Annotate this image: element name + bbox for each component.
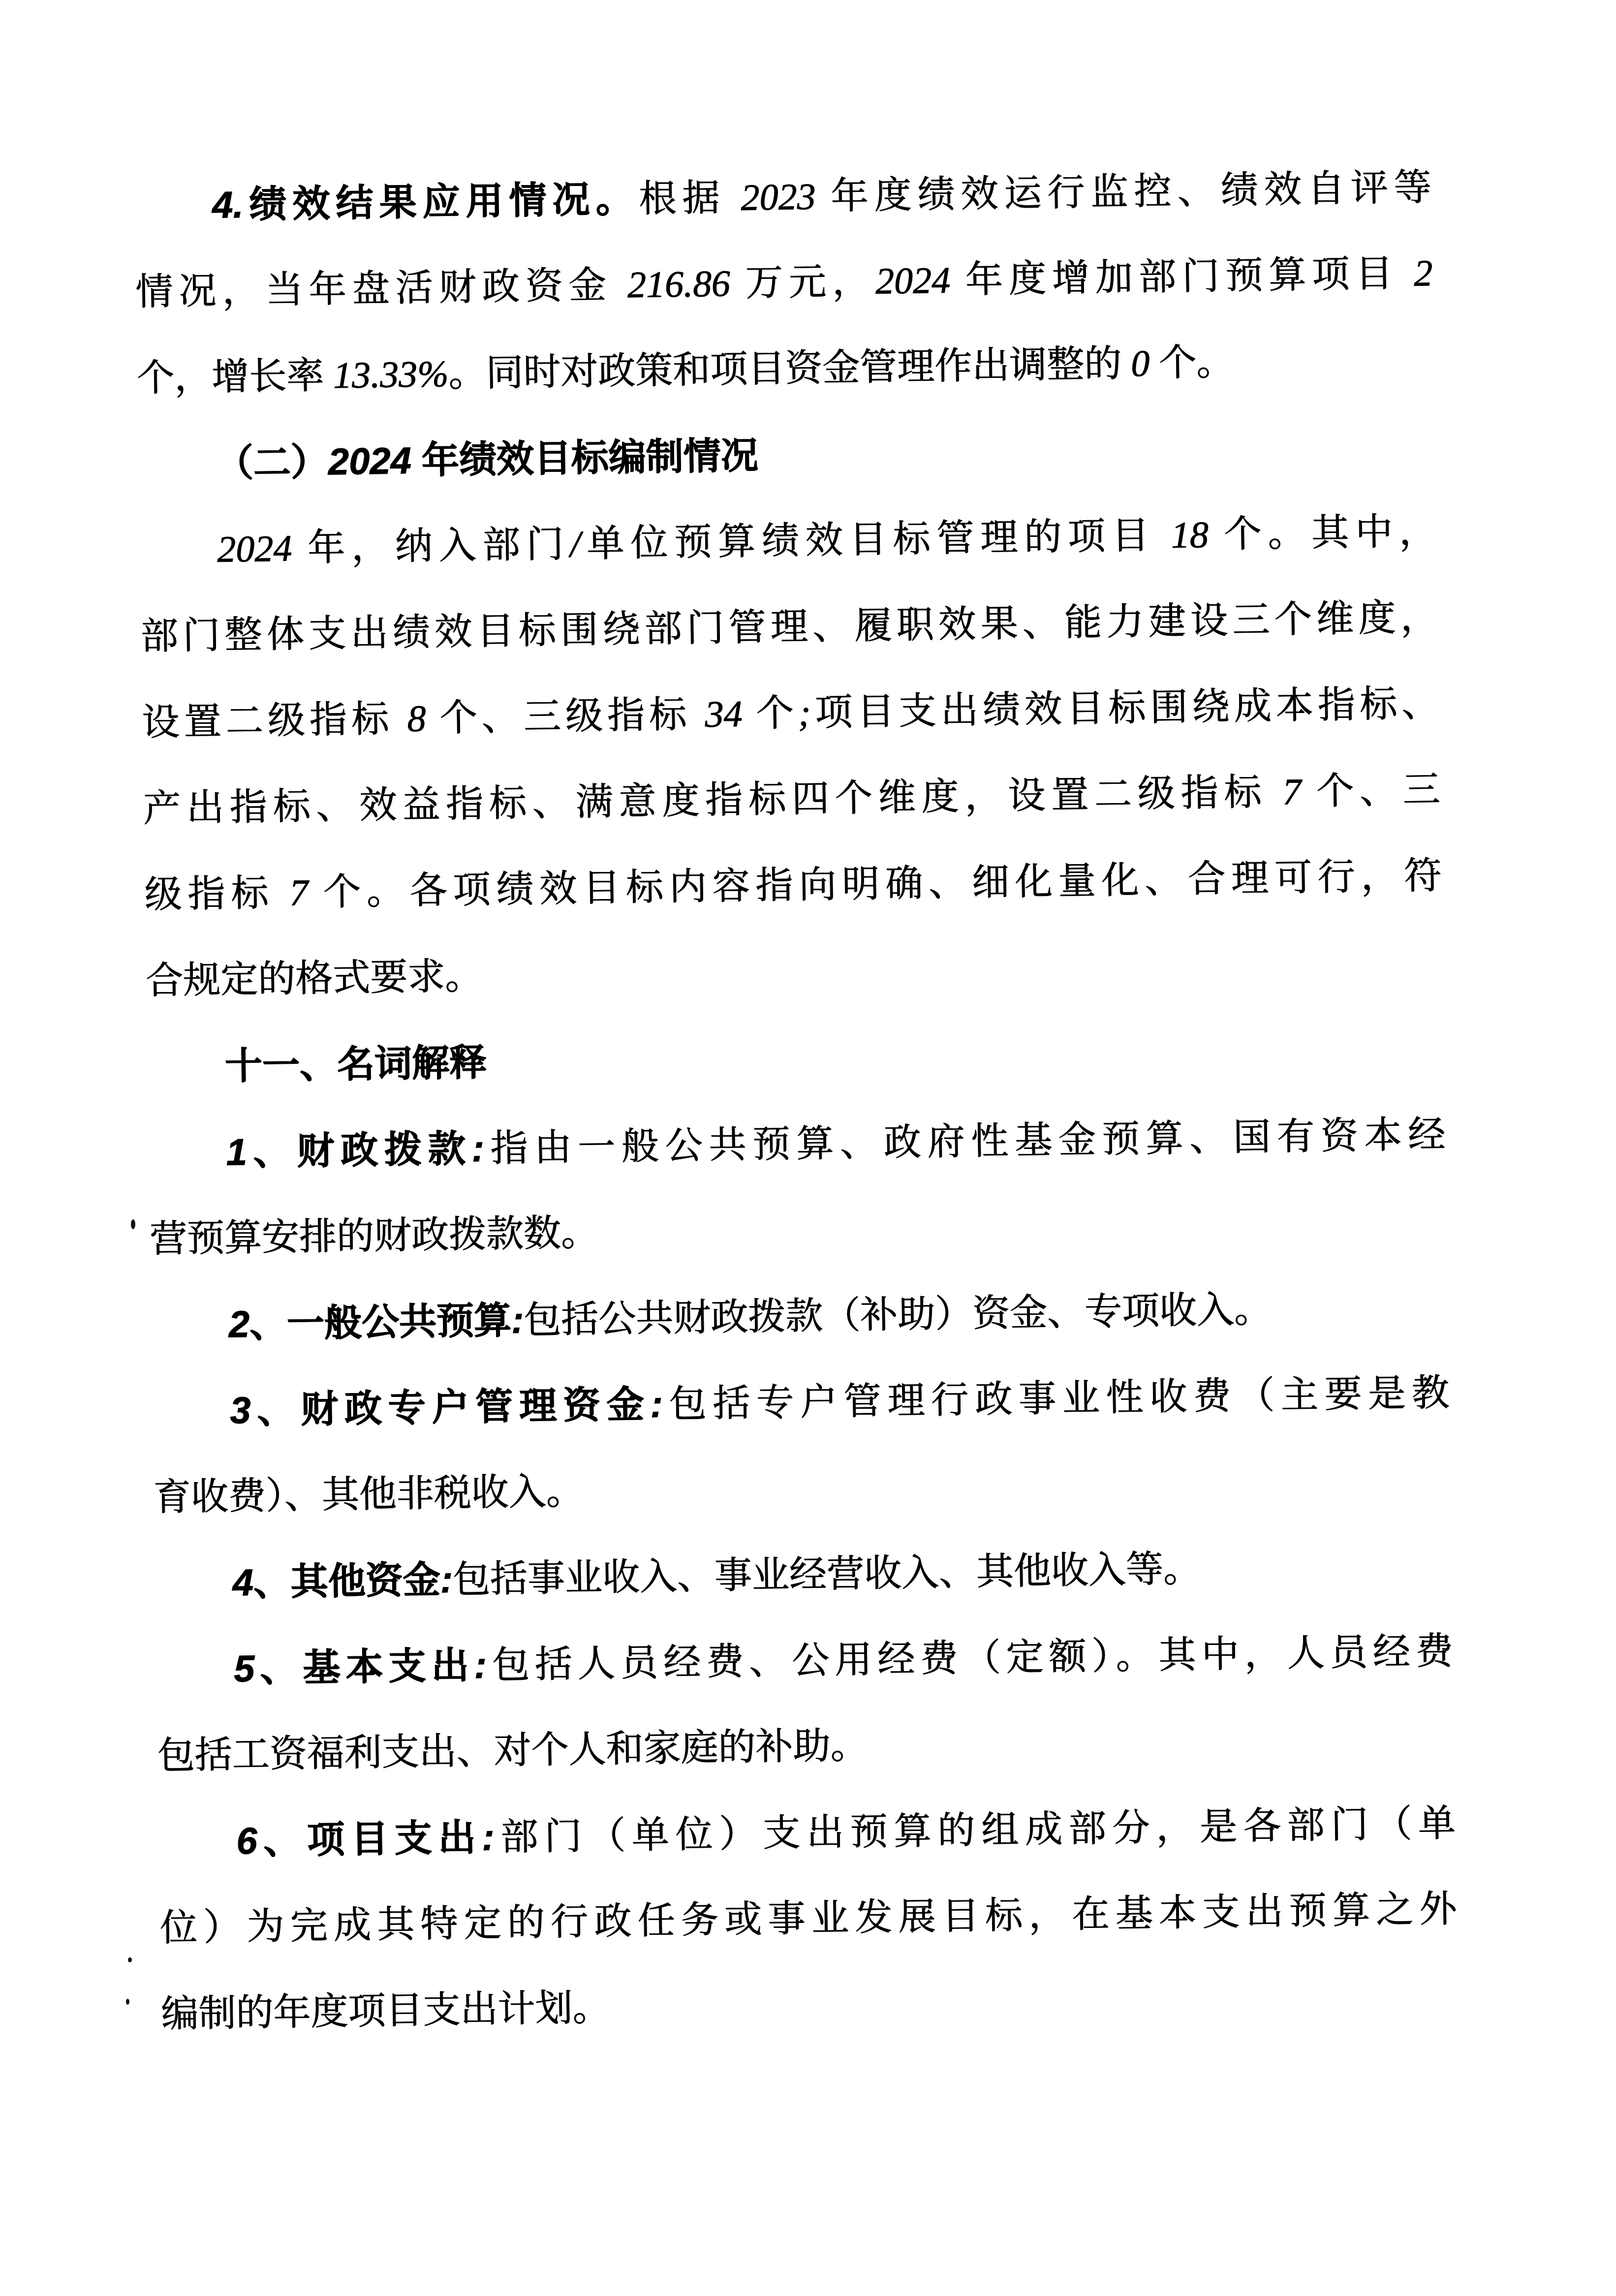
- scanned-document-page: 4.绩效结果应用情况。根据 2023 年度绩效运行监控、绩效自评等情况，当年盘活…: [0, 0, 1616, 2296]
- body-text: 育收费）、其他非税收入。: [153, 1471, 584, 1519]
- body-text: 2024 年，纳入部门/单位预算绩效目标管理的项目 18 个。其中，: [217, 511, 1437, 570]
- body-text: 个，增长率 13.33%。同时对政策和项目资金管理作出调整的 0 个。: [137, 341, 1234, 399]
- bold-lead-text: 2、一般公共预算:: [228, 1300, 524, 1346]
- body-text: 部门（单位）支出预算的组成部分，是各部门（单: [494, 1803, 1456, 1859]
- body-text: 包括工资福利支出、对个人和家庭的补助。: [157, 1725, 868, 1776]
- scan-speck: [126, 1999, 129, 2005]
- bold-lead-text: 5、基本支出:: [234, 1644, 487, 1690]
- body-text: 指由一般公共预算、政府性基金预算、国有资本经: [484, 1114, 1446, 1170]
- body-text: 根据 2023 年度绩效运行监控、绩效自评等: [639, 167, 1431, 220]
- bold-lead-text: 4、其他资金:: [232, 1559, 453, 1604]
- bold-lead-text: （二）2024 年绩效目标编制情况: [216, 434, 758, 484]
- document-text-block: 4.绩效结果应用情况。根据 2023 年度绩效运行监控、绩效自评等情况，当年盘活…: [134, 144, 1459, 2058]
- body-text: 位）为完成其特定的行政任务或事业发展目标，在基本支出预算之外: [159, 1889, 1457, 1949]
- bold-lead-text: 6、项目支出:: [236, 1817, 495, 1862]
- body-text: 包括专户管理行政事业性收费（主要是教: [662, 1372, 1449, 1426]
- body-text: 包括事业收入、事业经营收入、其他收入等。: [453, 1548, 1201, 1601]
- body-text: 营预算安排的财政拨款数。: [150, 1212, 599, 1260]
- bold-lead-text: 十一、名词解释: [224, 1042, 487, 1087]
- body-text: 编制的年度项目支出计划。: [161, 1987, 610, 2035]
- scan-speck: [131, 1219, 135, 1229]
- bold-lead-text: 4.绩效结果应用情况。: [212, 178, 639, 226]
- body-text: 包括公共财政拨款（补助）资金、专项收入。: [524, 1289, 1272, 1341]
- bold-lead-text: 1、财政拨款:: [226, 1128, 485, 1174]
- body-text: 部门整体支出绩效目标围绕部门管理、履职效果、能力建设三个维度，: [140, 597, 1438, 657]
- body-text: 情况，当年盘活财政资金 216.86 万元，2024 年度增加部门预算项目 2: [135, 252, 1433, 313]
- scan-speck: [128, 1957, 132, 1962]
- body-text: 合规定的格式要求。: [146, 956, 483, 1002]
- body-text: 包括人员经费、公用经费（定额）。其中，人员经费: [486, 1631, 1453, 1686]
- body-text: 设置二级指标 8 个、三级指标 34 个;项目支出绩效目标围绕成本指标、: [142, 683, 1439, 744]
- body-text: 产出指标、效益指标、满意度指标四个维度，设置二级指标 7 个、三: [143, 769, 1441, 830]
- bold-lead-text: 3、财政专户管理资金:: [230, 1384, 663, 1432]
- body-text: 级指标 7 个。各项绩效目标内容指向明确、细化量化、合理可行，符: [144, 855, 1442, 916]
